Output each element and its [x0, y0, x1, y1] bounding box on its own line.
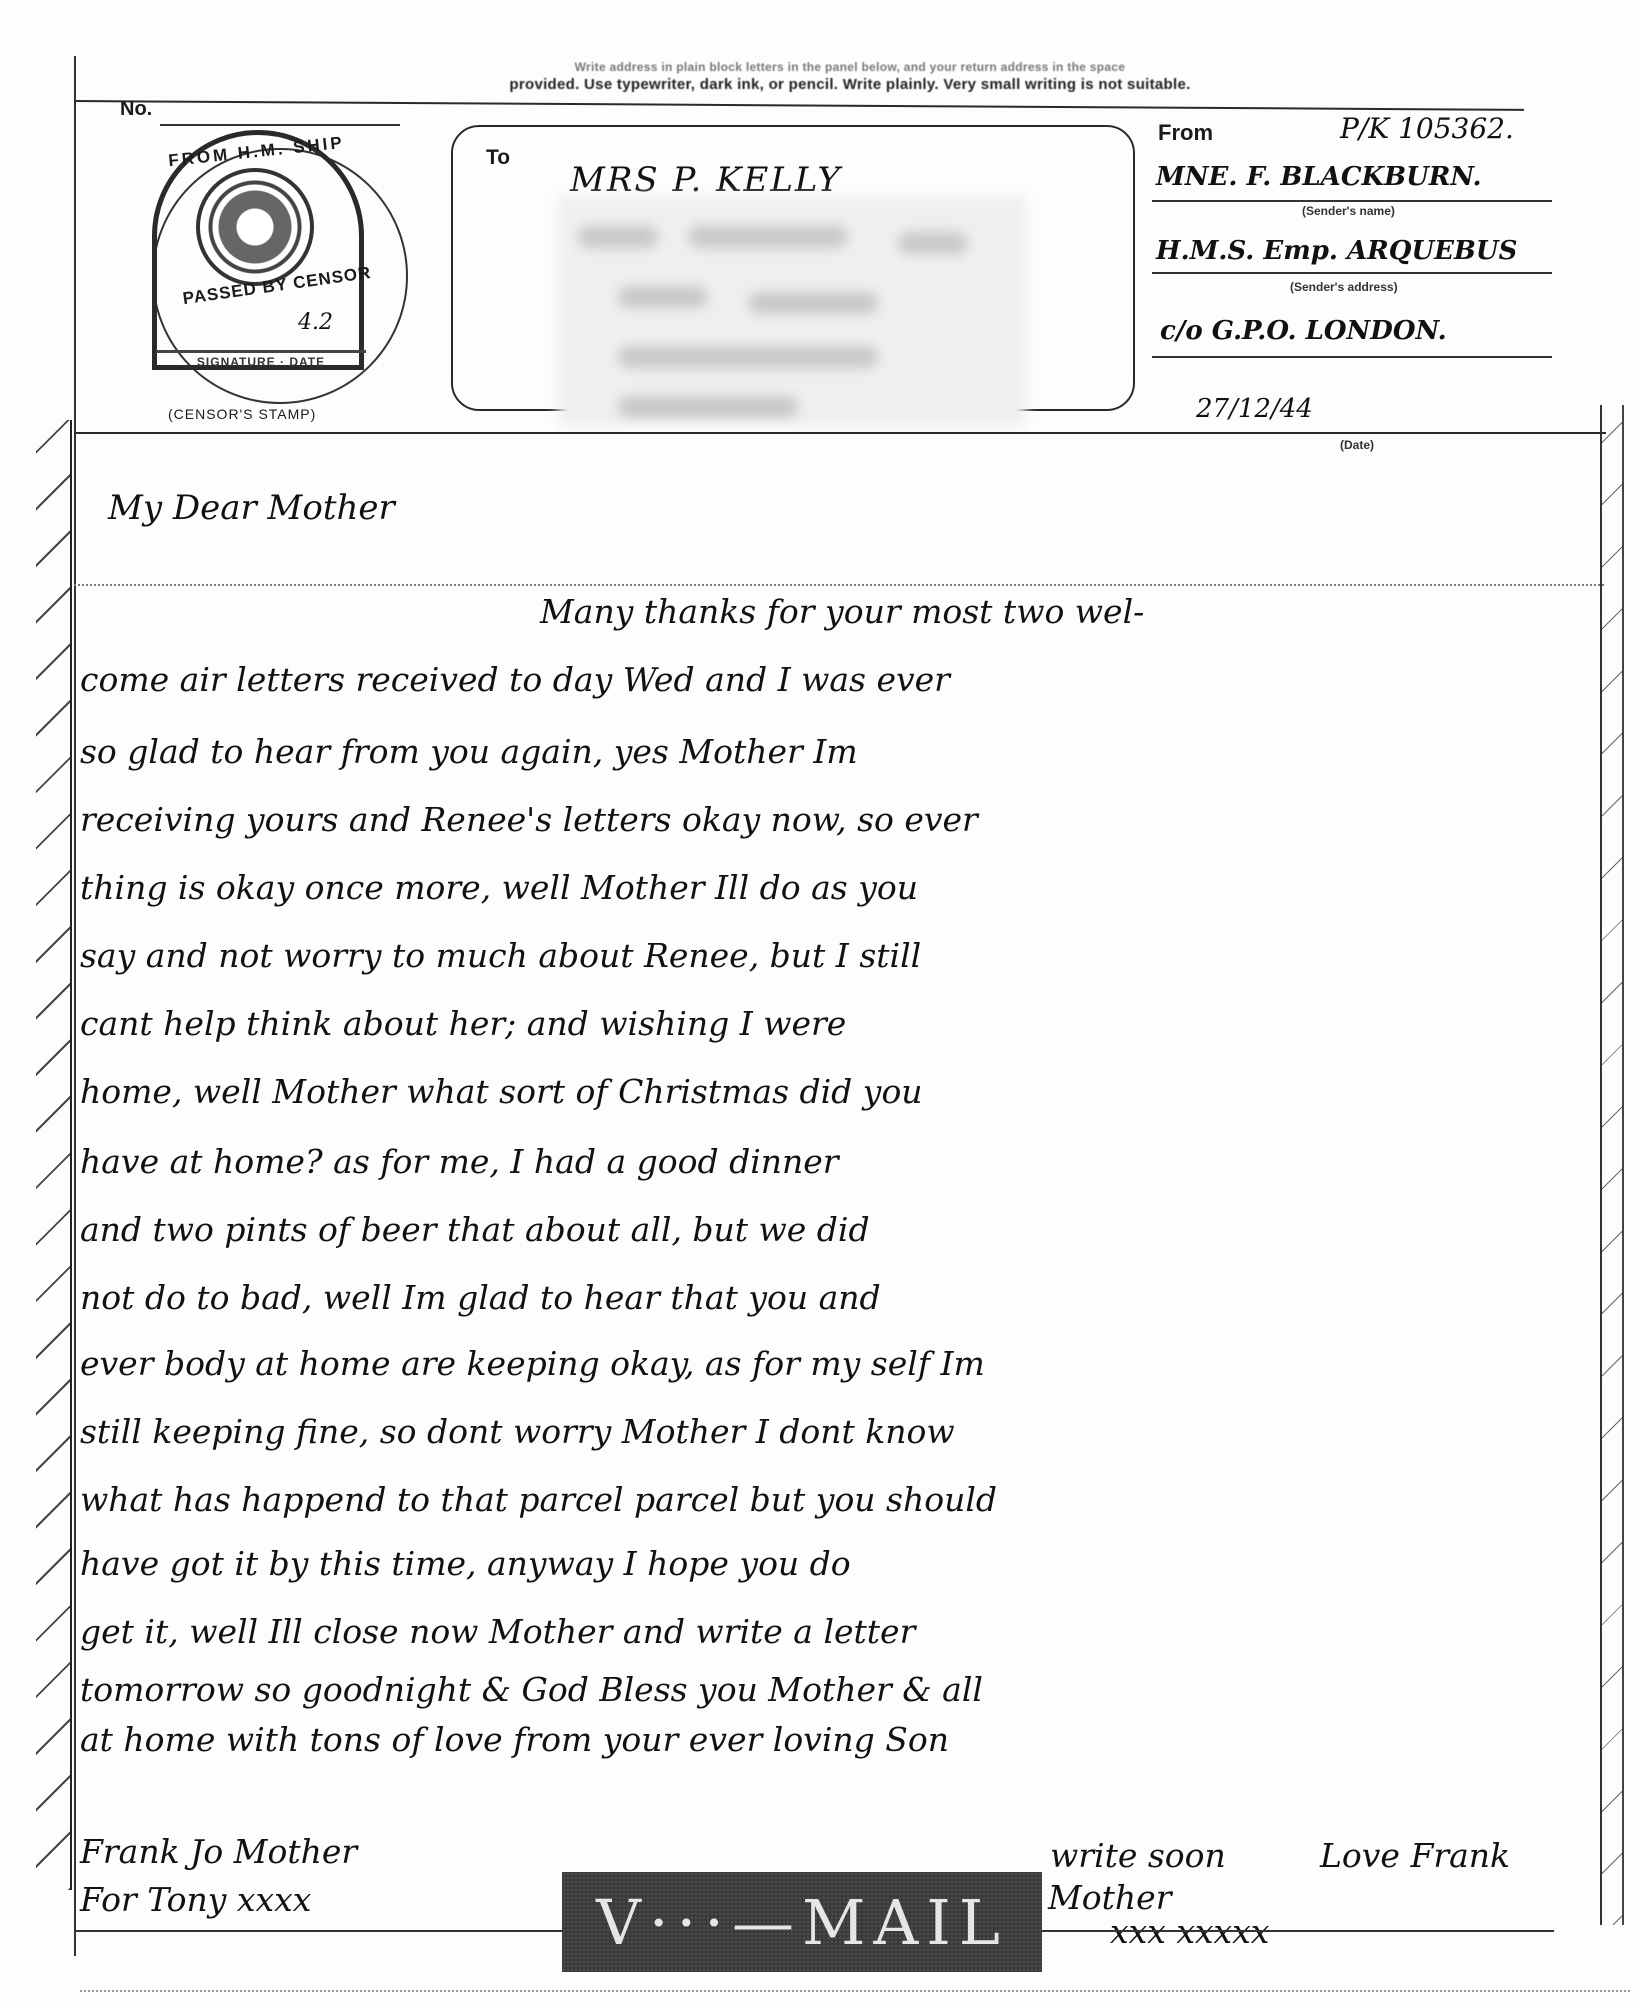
censor-signature: 4.2: [298, 310, 333, 335]
footer-dotted-rule: [80, 1990, 1630, 1993]
censor-stamp-caption: (CENSOR'S STAMP): [168, 406, 316, 422]
letter-line: have at home? as for me, I had a good di…: [80, 1142, 839, 1182]
letter-date: 27/12/44: [1196, 394, 1313, 424]
vmail-letter-sheet: Write address in plain block letters in …: [0, 0, 1639, 2007]
stamp-signature-date: SIGNATURE · DATE: [156, 350, 366, 369]
sender-name-line: [1152, 200, 1552, 202]
closing-left-2: For Tony xxxx: [80, 1880, 311, 1920]
letter-line: ever body at home are keeping okay, as f…: [80, 1344, 985, 1384]
closing-kisses: xxx xxxxx: [1110, 1912, 1269, 1952]
letter-line: and two pints of beer that about all, bu…: [80, 1210, 870, 1250]
header-divider: [74, 432, 1606, 434]
sender-name-caption: (Sender's name): [1302, 204, 1395, 218]
sender-address-line1: H.M.S. Emp. ARQUEBUS: [1156, 236, 1517, 266]
fold-line: [74, 584, 1604, 587]
letter-line: what has happend to that parcel parcel b…: [80, 1480, 997, 1520]
letter-greeting: My Dear Mother: [108, 488, 395, 528]
form-instructions: Write address in plain block letters in …: [300, 58, 1400, 94]
sender-address-caption: (Sender's address): [1290, 280, 1398, 294]
service-number: P/K 105362.: [1340, 112, 1514, 145]
closing-right-1: write soon: [1050, 1836, 1226, 1876]
letter-line: Many thanks for your most two wel-: [540, 592, 1144, 632]
sender-address-line2-rule: [1152, 356, 1552, 358]
vmail-banner: V···—MAIL: [562, 1872, 1042, 1972]
letter-line: cant help think about her; and wishing I…: [80, 1004, 846, 1044]
letter-line: receiving yours and Renee's letters okay…: [80, 800, 978, 840]
form-instructions-main: provided. Use typewriter, dark ink, or p…: [509, 76, 1190, 93]
admiralty-seal-icon: [196, 168, 314, 286]
sender-address-line2: c/o G.P.O. LONDON.: [1160, 316, 1447, 346]
closing-right-2: Love Frank: [1320, 1836, 1510, 1876]
letter-line: have got it by this time, anyway I hope …: [80, 1544, 851, 1584]
letter-line: tomorrow so goodnight & God Bless you Mo…: [80, 1670, 983, 1710]
from-label: From: [1158, 120, 1213, 146]
number-field-line: [160, 124, 400, 126]
letter-line: thing is okay once more, well Mother Ill…: [80, 868, 918, 908]
letter-line: come air letters received to day Wed and…: [80, 660, 950, 700]
right-hatched-margin: [1600, 405, 1624, 1925]
left-hatched-margin: [36, 420, 72, 1890]
closing-left-1: Frank Jo Mother: [80, 1832, 357, 1872]
form-instructions-faint: Write address in plain block letters in …: [300, 58, 1400, 76]
letter-line: so glad to hear from you again, yes Moth…: [80, 732, 858, 772]
letter-line: home, well Mother what sort of Christmas…: [80, 1072, 923, 1112]
letter-line: say and not worry to much about Renee, b…: [80, 936, 921, 976]
to-label: To: [486, 146, 510, 170]
letter-line: not do to bad, well Im glad to hear that…: [80, 1278, 881, 1318]
letter-line: get it, well Ill close now Mother and wr…: [80, 1612, 915, 1652]
letter-line: at home with tons of love from your ever…: [80, 1720, 949, 1760]
date-caption: (Date): [1340, 438, 1374, 452]
number-label: No.: [120, 98, 152, 121]
sender-address-line: [1152, 272, 1552, 274]
letter-line: still keeping fine, so dont worry Mother…: [80, 1412, 955, 1452]
sender-name: MNE. F. BLACKBURN.: [1156, 162, 1482, 192]
recipient-name: MRS P. KELLY: [570, 160, 842, 200]
redacted-address-blur: [558, 196, 1026, 426]
